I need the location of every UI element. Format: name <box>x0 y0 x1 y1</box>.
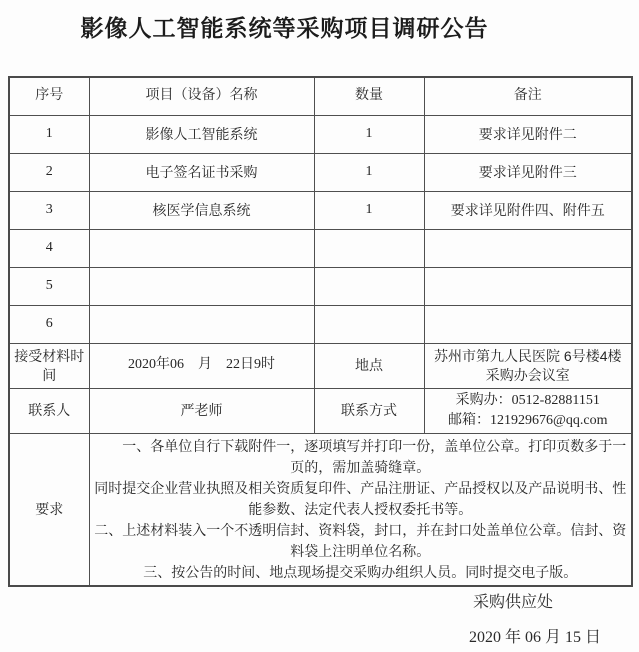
location-label: 地点 <box>314 343 424 388</box>
row-seq: 2 <box>9 153 89 191</box>
row-remarks <box>424 305 632 343</box>
row-item-name <box>89 229 314 267</box>
row-remarks: 要求详见附件三 <box>424 153 632 191</box>
row-item-name <box>89 305 314 343</box>
signature-department: 采购供应处 <box>0 589 553 612</box>
row-seq: 5 <box>9 267 89 305</box>
table-row: 1 影像人工智能系统 1 要求详见附件二 <box>9 115 632 153</box>
requirements-label: 要求 <box>9 433 89 586</box>
requirement-paragraph: 同时提交企业营业执照及相关资质复印件、产品注册证、产品授权以及产品说明书、性能参… <box>93 478 629 520</box>
row-seq: 4 <box>9 229 89 267</box>
row-item-name: 核医学信息系统 <box>89 191 314 229</box>
contact-details: 采购办：0512-82881151 邮箱：121929676@qq.com <box>424 388 632 433</box>
contact-label: 联系人 <box>9 388 89 433</box>
accept-time-label: 接受材料时间 <box>9 343 89 388</box>
row-remarks <box>424 267 632 305</box>
header-quantity: 数量 <box>314 77 424 115</box>
contact-row: 联系人 严老师 联系方式 采购办：0512-82881151 邮箱：121929… <box>9 388 632 433</box>
requirement-paragraph: 三、按公告的时间、地点现场提交采购办组织人员。同时提交电子版。 <box>93 562 629 583</box>
row-quantity <box>314 267 424 305</box>
header-remarks: 备注 <box>424 77 632 115</box>
row-remarks: 要求详见附件四、附件五 <box>424 191 632 229</box>
table-row: 4 <box>9 229 632 267</box>
row-seq: 1 <box>9 115 89 153</box>
table-row: 5 <box>9 267 632 305</box>
table-header-row: 序号 项目（设备）名称 数量 备注 <box>9 77 632 115</box>
table-row: 6 <box>9 305 632 343</box>
table-row: 2 电子签名证书采购 1 要求详见附件三 <box>9 153 632 191</box>
location-value: 苏州市第九人民医院 6号楼4楼采购办会议室 <box>424 343 632 388</box>
table-row: 3 核医学信息系统 1 要求详见附件四、附件五 <box>9 191 632 229</box>
row-quantity: 1 <box>314 115 424 153</box>
procurement-table: 序号 项目（设备）名称 数量 备注 1 影像人工智能系统 1 要求详见附件二 2… <box>8 76 633 587</box>
requirement-paragraph: 一、各单位自行下载附件一，逐项填写并打印一份，盖单位公章。打印页数多于一页的，需… <box>93 436 629 478</box>
contact-email: 邮箱：121929676@qq.com <box>428 411 629 431</box>
contact-name: 严老师 <box>89 388 314 433</box>
row-quantity <box>314 229 424 267</box>
header-seq: 序号 <box>9 77 89 115</box>
requirement-paragraph: 二、上述材料装入一个不透明信封、资料袋，封口，并在封口处盖单位公章。信封、资料袋… <box>93 520 629 562</box>
row-remarks: 要求详见附件二 <box>424 115 632 153</box>
contact-method-label: 联系方式 <box>314 388 424 433</box>
row-seq: 6 <box>9 305 89 343</box>
accept-time-row: 接受材料时间 2020年06 月 22日9时 地点 苏州市第九人民医院 6号楼4… <box>9 343 632 388</box>
row-remarks <box>424 229 632 267</box>
contact-phone: 采购办：0512-82881151 <box>428 391 629 411</box>
signature-date: 2020 年 06 月 15 日 <box>0 624 601 647</box>
row-item-name: 影像人工智能系统 <box>89 115 314 153</box>
row-quantity <box>314 305 424 343</box>
requirements-row: 要求 一、各单位自行下载附件一，逐项填写并打印一份，盖单位公章。打印页数多于一页… <box>9 433 632 586</box>
accept-time-value: 2020年06 月 22日9时 <box>89 343 314 388</box>
header-item-name: 项目（设备）名称 <box>89 77 314 115</box>
row-quantity: 1 <box>314 191 424 229</box>
row-seq: 3 <box>9 191 89 229</box>
page-title: 影像人工智能系统等采购项目调研公告 <box>0 0 639 43</box>
row-item-name <box>89 267 314 305</box>
requirements-text: 一、各单位自行下载附件一，逐项填写并打印一份，盖单位公章。打印页数多于一页的，需… <box>89 433 632 586</box>
row-quantity: 1 <box>314 153 424 191</box>
row-item-name: 电子签名证书采购 <box>89 153 314 191</box>
